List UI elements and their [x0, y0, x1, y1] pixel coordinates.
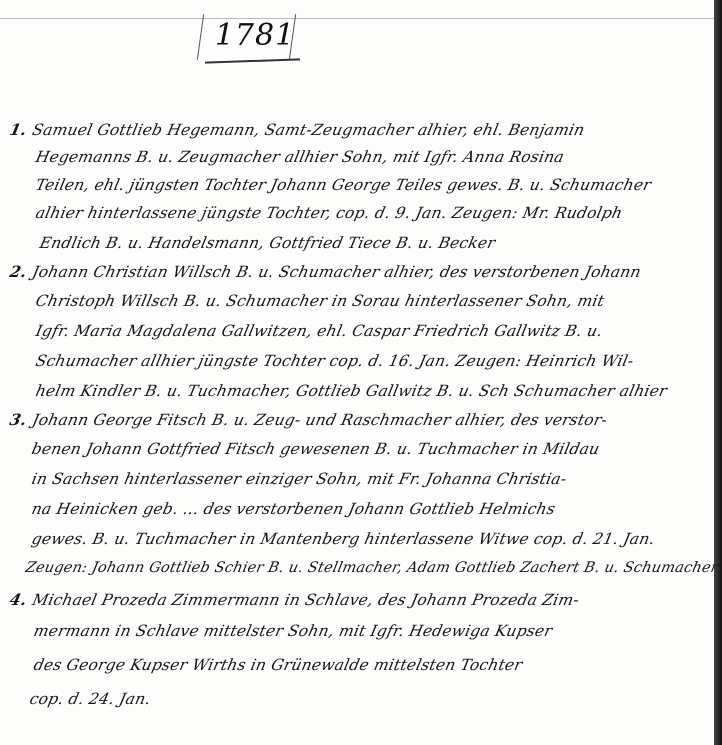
- entry-line: benen Johann Gottfried Fitsch gewesenen …: [30, 440, 601, 458]
- entry-line: gewes. B. u. Tuchmacher in Mantenberg hi…: [30, 530, 657, 548]
- entry-line: Zeugen: Johann Gottlieb Schier B. u. Ste…: [24, 560, 720, 576]
- entry-line: in Sachsen hinterlassener einziger Sohn,…: [30, 470, 568, 488]
- entry-line: des George Kupser Wirths in Grünewalde m…: [32, 656, 524, 674]
- entry-line: Christoph Willsch B. u. Schumacher in So…: [34, 292, 606, 310]
- entry-line: mermann in Schlave mittelster Sohn, mit …: [32, 622, 554, 640]
- entry-line: helm Kindler B. u. Tuchmacher, Gottlieb …: [34, 382, 669, 400]
- entry-line: Hegemanns B. u. Zeugmacher allhier Sohn,…: [34, 148, 566, 166]
- top-rule: [0, 18, 716, 19]
- entry-line: Endlich B. u. Handelsmann, Gottfried Tie…: [38, 234, 497, 252]
- entry-number: 3.: [8, 410, 29, 429]
- entry-line: na Heinicken geb. ... des verstorbenen J…: [30, 500, 557, 518]
- entry-number: 4.: [8, 590, 29, 609]
- entry-line: 3.Johann George Fitsch B. u. Zeug- und R…: [8, 410, 609, 429]
- scan-edge: [714, 0, 722, 745]
- register-page: 1781 1.Samuel Gottlieb Hegemann, Samt-Ze…: [0, 0, 722, 745]
- entry-line: alhier hinterlassene jüngste Tochter, co…: [34, 204, 624, 222]
- entry-line: 1.Samuel Gottlieb Hegemann, Samt-Zeugmac…: [8, 120, 587, 139]
- entry-number: 1.: [8, 120, 29, 139]
- entry-line: Schumacher allhier jüngste Tochter cop. …: [34, 352, 635, 370]
- entry-line: 4.Michael Prozeda Zimmermann in Schlave,…: [8, 590, 581, 609]
- entry-line: Igfr. Maria Magdalena Gallwitzen, ehl. C…: [34, 322, 604, 340]
- entry-number: 2.: [8, 262, 29, 281]
- entry-line: cop. d. 24. Jan.: [28, 690, 153, 708]
- entry-line: 2.Johann Christian Willsch B. u. Schumac…: [8, 262, 643, 281]
- year-heading: 1781: [200, 10, 310, 60]
- entry-line: Teilen, ehl. jüngsten Tochter Johann Geo…: [34, 176, 653, 194]
